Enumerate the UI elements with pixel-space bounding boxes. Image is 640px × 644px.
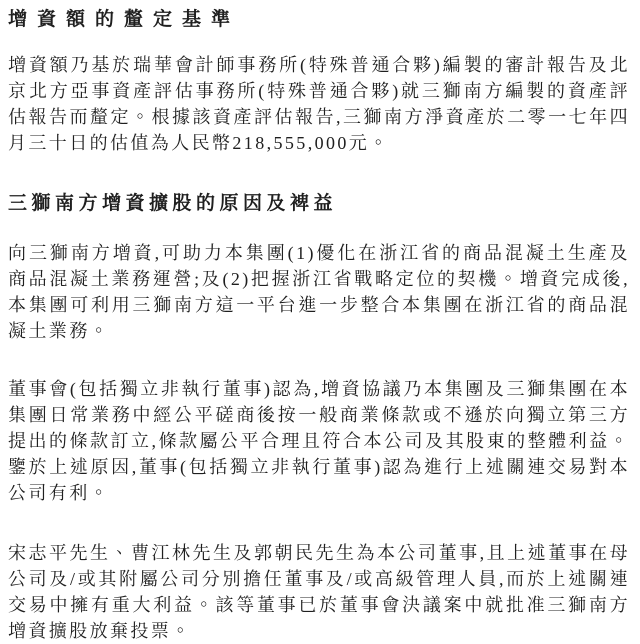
document-page: 增資額的釐定基準 增資額乃基於瑞華會計師事務所(特殊普通合夥)編製的審計報告及北… [0, 0, 640, 644]
section-heading-capital-increase-basis: 增資額的釐定基準 [8, 8, 630, 32]
paragraph-reasons-for-capital-increase: 向三獅南方增資,可助力本集團(1)優化在浙江省的商品混凝土生產及商品混凝土業務運… [8, 240, 630, 344]
paragraph-valuation-basis: 增資額乃基於瑞華會計師事務所(特殊普通合夥)編製的審計報告及北京北方亞事資產評估… [8, 52, 630, 156]
section-heading-reasons-and-benefits: 三獅南方增資擴股的原因及裨益 [8, 192, 630, 216]
paragraph-board-opinion: 董事會(包括獨立非執行董事)認為,增資協議乃本集團及三獅集團在本集團日常業務中經… [8, 376, 630, 506]
paragraph-directors-abstention: 宋志平先生、曹江林先生及郭朝民先生為本公司董事,且上述董事在母公司及/或其附屬公… [8, 540, 630, 644]
